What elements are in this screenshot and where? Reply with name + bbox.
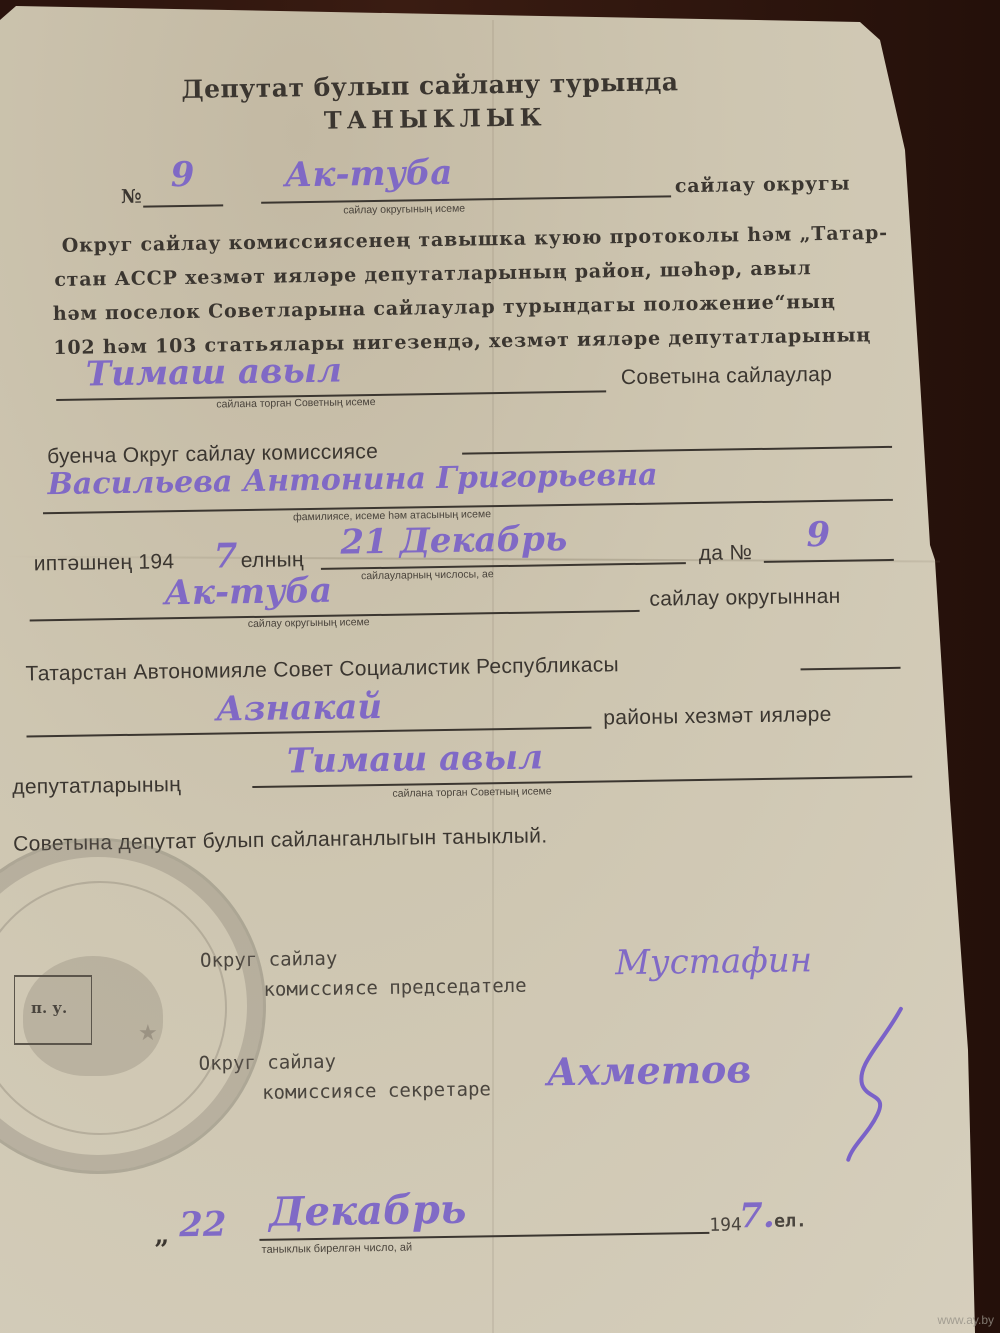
- raion-value: Азнакай: [216, 687, 383, 730]
- year-suffix: елның: [241, 548, 304, 573]
- title-line-2: ТАНЫКЛЫК: [324, 102, 547, 134]
- issue-year-prefix: 194: [709, 1214, 742, 1236]
- stamp-star-icon: ★: [138, 1021, 158, 1046]
- secretary-signature: Ахметов: [546, 1046, 751, 1094]
- da-no-value: 9: [806, 515, 830, 555]
- secretary-label-2: комиссиясе секретаре: [262, 1078, 491, 1104]
- deputies-label: депутатларының: [12, 773, 181, 800]
- watermark: www.ay.by: [938, 1313, 994, 1327]
- council2-name-hint: сайлана торган Советның исеме: [392, 785, 551, 800]
- council-name-hint: сайлана торган Советның исеме: [216, 396, 375, 411]
- stamp-place-label: п. у.: [31, 999, 67, 1017]
- raion-suffix: районы хезмәт ияләре: [603, 703, 832, 731]
- paragraph-line-3: һәм поселок Советларына сайлаулар турынд…: [53, 291, 836, 325]
- district-suffix: сайлау округы: [675, 173, 851, 198]
- chair-signature: Мустафин: [615, 940, 813, 983]
- council-name-value: Тимаш авыл: [86, 351, 343, 395]
- council2-name-value: Тимаш авыл: [287, 737, 544, 781]
- district2-suffix: сайлау округыннан: [649, 585, 840, 612]
- issue-date-hint: таныклык бирелгән число, ай: [262, 1242, 413, 1256]
- republic-line: Татарстан Автономияле Совет Социалистик …: [25, 653, 619, 686]
- district-no-prefix: №: [121, 186, 143, 208]
- secretary-signature-flourish: [836, 1004, 919, 1165]
- issue-month-value: Декабрь: [269, 1186, 467, 1236]
- issue-year-digit: 7.: [739, 1196, 775, 1237]
- district2-name-value: Ак-туба: [164, 571, 332, 614]
- issue-year-suffix: ел.: [774, 1210, 807, 1232]
- paragraph-line-1: Округ сайлау комиссиясенең тавышка куюю …: [62, 222, 888, 257]
- comrade-prefix: иптәшнең 194: [34, 550, 175, 576]
- stamp-place-box: п. у.: [14, 975, 92, 1045]
- title-line-1: Депутат булып сайлану турында: [181, 67, 679, 104]
- election-date-value: 21 Декабрь: [340, 519, 567, 563]
- district-name-hint: сайлау округының исеме: [343, 203, 465, 217]
- election-date-hint: сайлауларның числосы, ае: [361, 568, 494, 582]
- da-no-label: да №: [699, 541, 753, 566]
- issue-day-value: 22: [179, 1204, 227, 1245]
- paragraph-line-2: стан АССР хезмәт ияләре депутатларының р…: [54, 257, 811, 291]
- chair-label-2: комиссиясе председателе: [263, 975, 526, 1001]
- council-suffix: Советына сайлаулар: [621, 363, 833, 390]
- election-year-digit: 7: [213, 536, 237, 576]
- district-name-value: Ак-туба: [284, 153, 452, 196]
- district2-name-hint: сайлау округының исеме: [248, 616, 370, 630]
- district-no-value: 9: [170, 155, 194, 195]
